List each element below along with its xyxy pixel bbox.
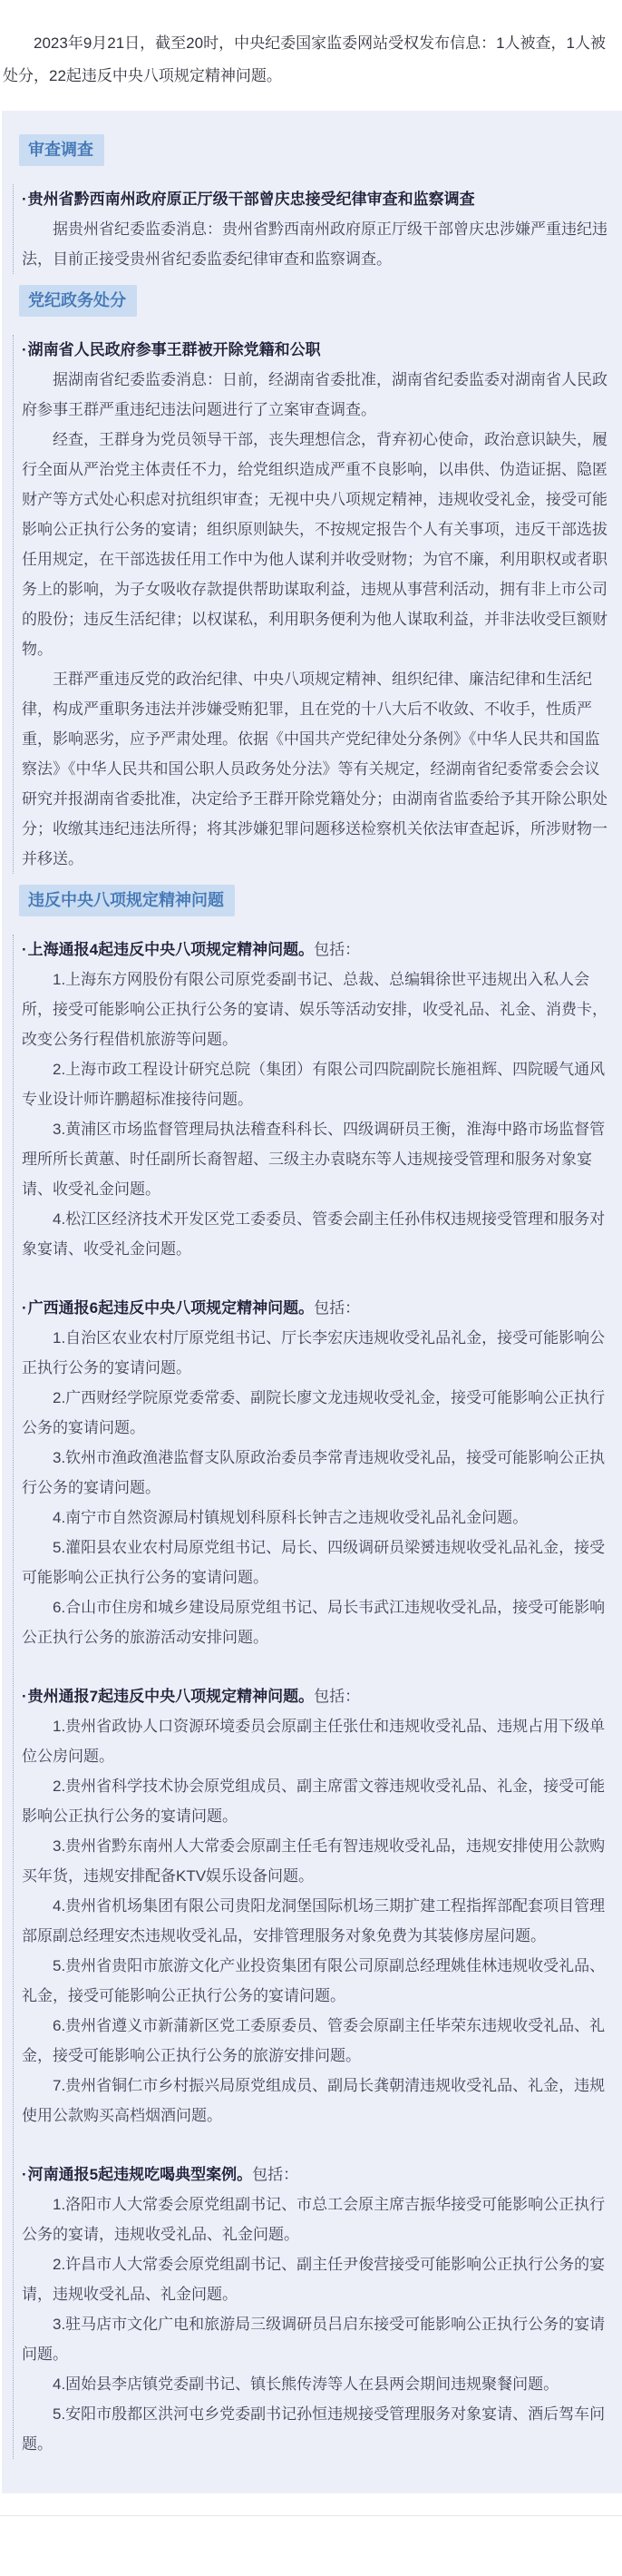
article-block: ·湖南省人民政府参事王群被开除党籍和公职 据湖南省纪委监委消息：日前，经湖南省委… (13, 335, 615, 874)
headline-text: 广西通报6起违反中央八项规定精神问题。 (28, 1299, 314, 1317)
report-section-2: 党纪政务处分 ·湖南省人民政府参事王群被开除党籍和公职 据湖南省纪委监委消息：日… (12, 285, 615, 874)
headline-suffix: 包括： (314, 1299, 360, 1317)
article: ·上海通报4起违反中央八项规定精神问题。包括： 1.上海东方网股份有限公司原党委… (22, 935, 615, 1264)
bullet-dot: · (22, 191, 27, 208)
article-paragraph: 2.广西财经学院原党委常委、副院长廖文龙违规收受礼金，接受可能影响公正执行公务的… (22, 1383, 615, 1443)
article: ·广西通报6起违反中央八项规定精神问题。包括： 1.自治区农业农村厅原党组书记、… (22, 1293, 615, 1652)
article-headline: ·贵州省黔西南州政府原正厅级干部曾庆忠接受纪律审查和监察调查 (22, 184, 615, 214)
intro-paragraph: 2023年9月21日，截至20时，中央纪委国家监委网站受权发布信息：1人被查，1… (3, 27, 619, 93)
article-paragraph: 据湖南省纪委监委消息：日前，经湖南省委批准，湖南省纪委监委对湖南省人民政府参事王… (22, 365, 615, 425)
headline-suffix: 包括： (314, 1688, 360, 1705)
article-paragraph: 1.自治区农业农村厅原党组书记、厅长李宏庆违规收受礼品礼金，接受可能影响公正执行… (22, 1323, 615, 1383)
article-paragraph: 2.上海市政工程设计研究总院（集团）有限公司四院副院长施祖辉、四院暖气通风专业设… (22, 1054, 615, 1114)
section-badge: 党纪政务处分 (19, 285, 137, 317)
headline-text: 上海通报4起违反中央八项规定精神问题。 (28, 941, 314, 958)
bullet-dot: · (22, 341, 27, 358)
article-headline: ·湖南省人民政府参事王群被开除党籍和公职 (22, 335, 615, 365)
article-paragraph: 经查，王群身为党员领导干部，丧失理想信念，背弃初心使命，政治意识缺失，履行全面从… (22, 425, 615, 664)
article: ·河南通报5起违规吃喝典型案例。包括： 1.洛阳市人大常委会原党组副书记、市总工… (22, 2160, 615, 2459)
article-paragraph: 2.贵州省科学技术协会原党组成员、副主席雷文蓉违规收受礼品、礼金，接受可能影响公… (22, 1771, 615, 1831)
article-headline: ·上海通报4起违反中央八项规定精神问题。包括： (22, 935, 615, 965)
article-paragraph: 3.驻马店市文化广电和旅游局三级调研员吕启东接受可能影响公正执行公务的宴请问题。 (22, 2309, 615, 2369)
article-headline: ·广西通报6起违反中央八项规定精神问题。包括： (22, 1293, 615, 1323)
article-block: ·贵州省黔西南州政府原正厅级干部曾庆忠接受纪律审查和监察调查 据贵州省纪委监委消… (13, 184, 615, 274)
article-paragraph: 5.安阳市殷都区洪河屯乡党委副书记孙恒违规接受管理服务对象宴请、酒后驾车问题。 (22, 2399, 615, 2459)
article-paragraph: 4.南宁市自然资源局村镇规划科原科长钟吉之违规收受礼品礼金问题。 (22, 1503, 615, 1533)
article-paragraph: 1.上海东方网股份有限公司原党委副书记、总裁、总编辑徐世平违规出入私人会所，接受… (22, 965, 615, 1054)
report-section-3: 违反中央八项规定精神问题 ·上海通报4起违反中央八项规定精神问题。包括： 1.上… (12, 885, 615, 2459)
article-paragraph: 5.贵州省贵阳市旅游文化产业投资集团有限公司原副总经理姚佳林违规收受礼品、礼金，… (22, 1951, 615, 2011)
article-paragraph: 4.固始县李店镇党委副书记、镇长熊传涛等人在县两会期间违规聚餐问题。 (22, 2369, 615, 2399)
headline-text: 湖南省人民政府参事王群被开除党籍和公职 (28, 341, 321, 358)
article-headline: ·河南通报5起违规吃喝典型案例。包括： (22, 2160, 615, 2189)
bullet-dot: · (22, 1688, 27, 1705)
bottom-whitespace (0, 2516, 622, 2560)
headline-suffix: 包括： (252, 2166, 298, 2183)
article-block: ·上海通报4起违反中央八项规定精神问题。包括： 1.上海东方网股份有限公司原党委… (13, 935, 615, 2459)
content-panel: 审查调查 ·贵州省黔西南州政府原正厅级干部曾庆忠接受纪律审查和监察调查 据贵州省… (2, 111, 622, 2493)
article: ·湖南省人民政府参事王群被开除党籍和公职 据湖南省纪委监委消息：日前，经湖南省委… (22, 335, 615, 874)
article-paragraph: 5.灌阳县农业农村局原党组书记、局长、四级调研员梁赟违规收受礼品礼金，接受可能影… (22, 1533, 615, 1592)
article-paragraph: 3.黄浦区市场监督管理局执法稽查科科长、四级调研员王衡，淮海中路市场监督管理所所… (22, 1114, 615, 1204)
article-paragraph: 4.松江区经济技术开发区党工委委员、管委会副主任孙伟权违规接受管理和服务对象宴请… (22, 1204, 615, 1264)
article-paragraph: 2.许昌市人大常委会原党组副书记、副主任尹俊营接受可能影响公正执行公务的宴请，违… (22, 2249, 615, 2309)
article-paragraph: 1.洛阳市人大常委会原党组副书记、市总工会原主席吉振华接受可能影响公正执行公务的… (22, 2189, 615, 2249)
bullet-dot: · (22, 941, 27, 958)
section-badge: 审查调查 (19, 134, 104, 166)
article-headline: ·贵州通报7起违反中央八项规定精神问题。包括： (22, 1681, 615, 1711)
article-paragraph: 据贵州省纪委监委消息：贵州省黔西南州政府原正厅级干部曾庆忠涉嫌严重违纪违法，目前… (22, 214, 615, 274)
headline-text: 贵州通报7起违反中央八项规定精神问题。 (28, 1688, 314, 1705)
article-paragraph: 4.贵州省机场集团有限公司贵阳龙洞堡国际机场三期扩建工程指挥部配套项目管理部原副… (22, 1891, 615, 1951)
article-paragraph: 6.合山市住房和城乡建设局原党组书记、局长韦武江违规收受礼品，接受可能影响公正执… (22, 1592, 615, 1652)
article-paragraph: 6.贵州省遵义市新蒲新区党工委原委员、管委会原副主任毕荣东违规收受礼品、礼金，接… (22, 2011, 615, 2071)
headline-suffix: 包括： (314, 941, 360, 958)
article-paragraph: 7.贵州省铜仁市乡村振兴局原党组成员、副局长龚朝清违规收受礼品、礼金，违规使用公… (22, 2071, 615, 2130)
bullet-dot: · (22, 2166, 27, 2183)
article-paragraph: 王群严重违反党的政治纪律、中央八项规定精神、组织纪律、廉洁纪律和生活纪律，构成严… (22, 664, 615, 874)
bullet-dot: · (22, 1299, 27, 1317)
article-page: 2023年9月21日，截至20时，中央纪委国家监委网站受权发布信息：1人被查，1… (0, 27, 622, 2576)
article-paragraph: 1.贵州省政协人口资源环境委员会原副主任张仕和违规收受礼品、违规占用下级单位公房… (22, 1711, 615, 1771)
article: ·贵州通报7起违反中央八项规定精神问题。包括： 1.贵州省政协人口资源环境委员会… (22, 1681, 615, 2130)
headline-text: 河南通报5起违规吃喝典型案例。 (28, 2166, 252, 2183)
headline-text: 贵州省黔西南州政府原正厅级干部曾庆忠接受纪律审查和监察调查 (28, 191, 475, 208)
article: ·贵州省黔西南州政府原正厅级干部曾庆忠接受纪律审查和监察调查 据贵州省纪委监委消… (22, 184, 615, 274)
article-paragraph: 3.贵州省黔东南州人大常委会原副主任毛有智违规收受礼品，违规安排使用公款购买年货… (22, 1831, 615, 1891)
report-section-1: 审查调查 ·贵州省黔西南州政府原正厅级干部曾庆忠接受纪律审查和监察调查 据贵州省… (12, 134, 615, 274)
section-badge: 违反中央八项规定精神问题 (19, 885, 235, 916)
article-paragraph: 3.钦州市渔政渔港监督支队原政治委员李常青违规收受礼品，接受可能影响公正执行公务… (22, 1443, 615, 1503)
